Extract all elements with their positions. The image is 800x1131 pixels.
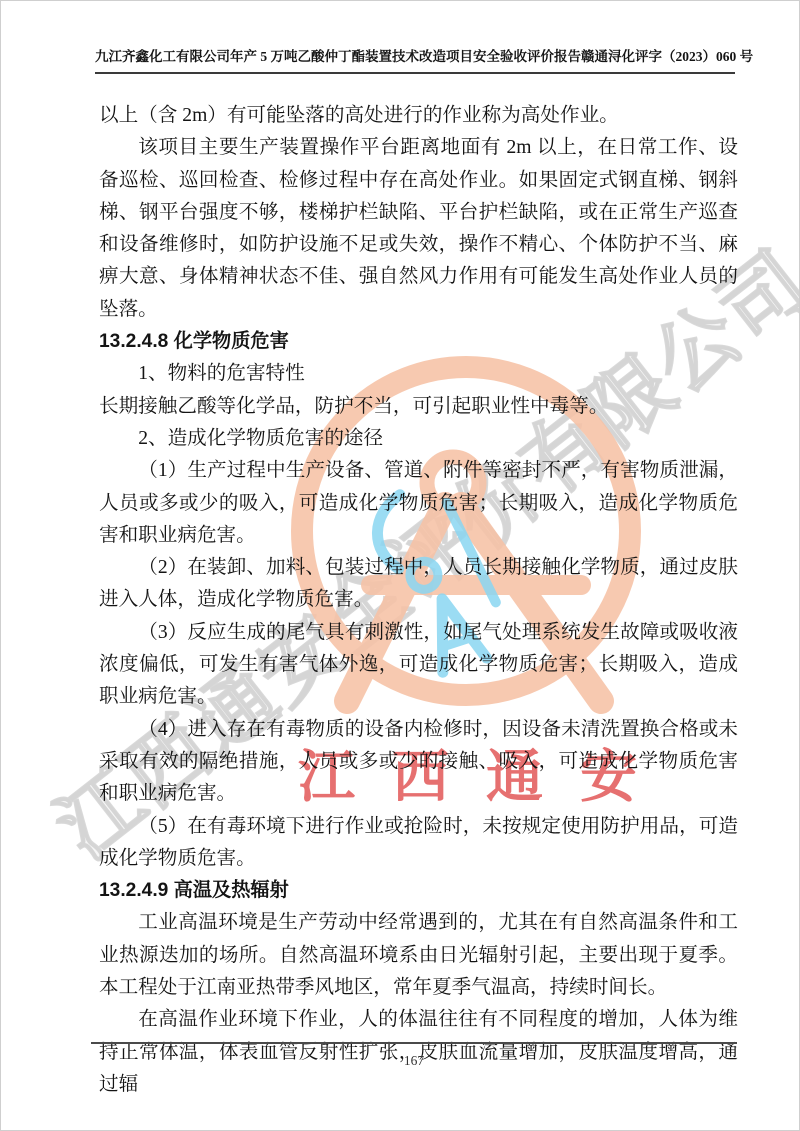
document-body: 以上（含 2m）有可能坠落的高处进行的作业称为高处作业。 该项目主要生产装置操作…: [99, 100, 738, 1101]
paragraph: 以上（含 2m）有可能坠落的高处进行的作业称为高处作业。: [99, 100, 738, 132]
page-header: 九江齐鑫化工有限公司年产 5 万吨乙酸仲丁酯装置技术改造项目安全验收评价报告 赣…: [95, 47, 735, 74]
paragraph: 2、造成化学物质危害的途径: [99, 423, 738, 455]
report-page: 江西通安全评价有限公司 江西通安 九江齐鑫化工有限公司年产 5 万吨乙酸仲丁酯装…: [0, 0, 800, 1131]
report-title: 九江齐鑫化工有限公司年产 5 万吨乙酸仲丁酯装置技术改造项目安全验收评价报告: [95, 47, 581, 67]
section-heading-heat-radiation: 13.2.4.9 高温及热辐射: [99, 875, 738, 907]
section-heading-chemical-hazard: 13.2.4.8 化学物质危害: [99, 326, 738, 358]
paragraph: （3）反应生成的尾气具有刺激性，如尾气处理系统发生故障或吸收液浓度偏低，可发生有…: [99, 617, 738, 714]
paragraph: 长期接触乙酸等化学品，防护不当，可引起职业性中毒等。: [99, 391, 738, 423]
paragraph: 该项目主要生产装置操作平台距离地面有 2m 以上，在日常工作、设备巡检、巡回检查…: [99, 132, 738, 326]
paragraph: （1）生产过程中生产设备、管道、附件等密封不严，有害物质泄漏，人员或多或少的吸入…: [99, 455, 738, 552]
page-number: 167: [91, 1053, 737, 1069]
paragraph: 1、物料的危害特性: [99, 358, 738, 390]
paragraph: （4）进入存在有毒物质的设备内检修时，因设备未清洗置换合格或未采取有效的隔绝措施…: [99, 714, 738, 811]
footer-rule: [91, 1042, 737, 1044]
paragraph: 工业高温环境是生产劳动中经常遇到的，尤其在有自然高温条件和工业热源迭加的场所。自…: [99, 907, 738, 1004]
paragraph: （2）在装卸、加料、包装过程中，人员长期接触化学物质，通过皮肤进入人体，造成化学…: [99, 552, 738, 617]
document-number: 赣通浔化评字（2023）060 号: [581, 47, 753, 67]
paragraph: （5）在有毒环境下进行作业或抢险时，未按规定使用防护用品，可造成化学物质危害。: [99, 811, 738, 876]
